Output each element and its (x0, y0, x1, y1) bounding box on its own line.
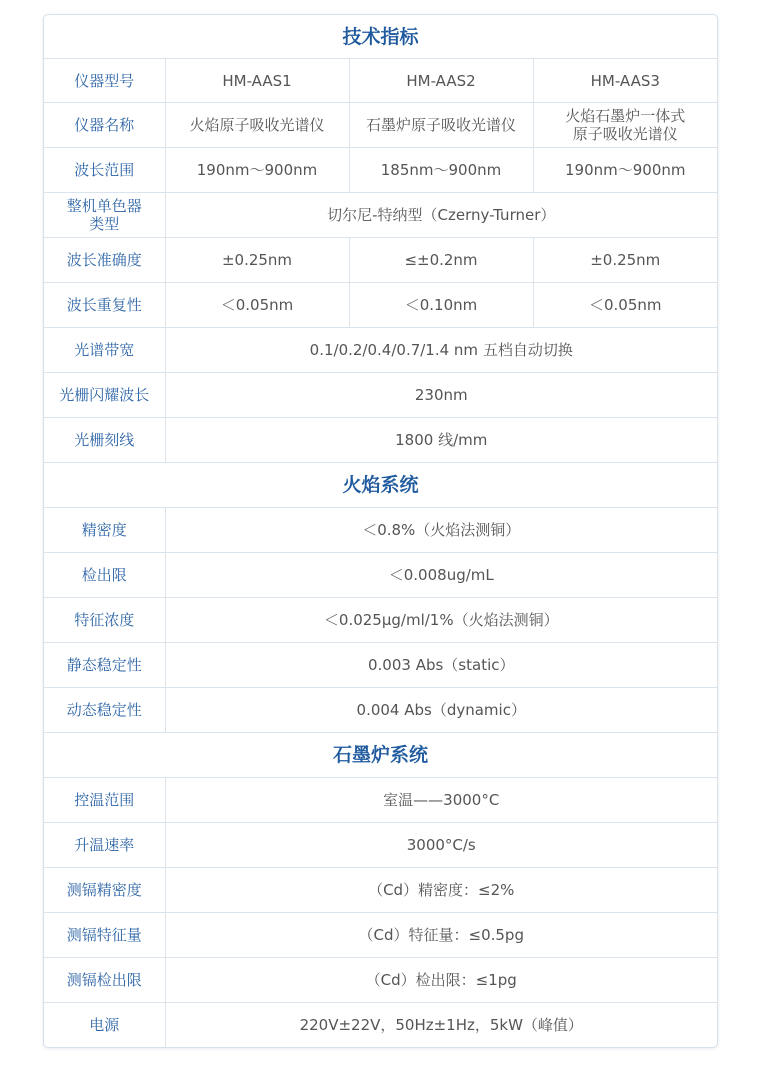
value-cell: ＜0.008ug/mL (165, 553, 717, 598)
row-label: 测镉特征量 (44, 913, 165, 958)
row-label: 控温范围 (44, 778, 165, 823)
repeat-cell: ＜0.05nm (165, 283, 349, 328)
value-cell: ＜0.025μg/ml/1%（火焰法测铜） (165, 598, 717, 643)
row-label: 特征浓度 (44, 598, 165, 643)
bandwidth-cell: 0.1/0.2/0.4/0.7/1.4 nm 五档自动切换 (165, 328, 717, 373)
row-label: 整机单色器 类型 (44, 193, 165, 238)
value-cell: （Cd）检出限：≤1pg (165, 958, 717, 1003)
name-cell: 石墨炉原子吸收光谱仪 (349, 103, 533, 148)
row-label: 光谱带宽 (44, 328, 165, 373)
row-label: 仪器型号 (44, 59, 165, 103)
row-label: 测镉检出限 (44, 958, 165, 1003)
spec-table-card: 技术指标 仪器型号 HM-AAS1 HM-AAS2 HM-AAS3 仪器名称 火… (43, 14, 718, 1048)
groove-cell: 1800 线/mm (165, 418, 717, 463)
value-cell: （Cd）特征量：≤0.5pg (165, 913, 717, 958)
repeat-cell: ＜0.05nm (533, 283, 717, 328)
section-title-graphite: 石墨炉系统 (44, 733, 717, 778)
spec-table: 技术指标 仪器型号 HM-AAS1 HM-AAS2 HM-AAS3 仪器名称 火… (44, 15, 717, 1047)
value-cell: 室温——3000°C (165, 778, 717, 823)
name-cell: 火焰原子吸收光谱仪 (165, 103, 349, 148)
model-cell: HM-AAS3 (533, 59, 717, 103)
row-label: 电源 (44, 1003, 165, 1048)
section-title-flame: 火焰系统 (44, 463, 717, 508)
range-cell: 185nm～900nm (349, 148, 533, 193)
model-cell: HM-AAS1 (165, 59, 349, 103)
row-label: 检出限 (44, 553, 165, 598)
value-cell: 0.004 Abs（dynamic） (165, 688, 717, 733)
name-cell: 火焰石墨炉一体式 原子吸收光谱仪 (533, 103, 717, 148)
range-cell: 190nm～900nm (165, 148, 349, 193)
row-label: 精密度 (44, 508, 165, 553)
row-label: 光栅闪耀波长 (44, 373, 165, 418)
accuracy-cell: ≤±0.2nm (349, 238, 533, 283)
section-title-tech: 技术指标 (44, 15, 717, 59)
accuracy-cell: ±0.25nm (533, 238, 717, 283)
row-label: 动态稳定性 (44, 688, 165, 733)
row-label: 波长准确度 (44, 238, 165, 283)
row-label: 仪器名称 (44, 103, 165, 148)
row-label: 光栅刻线 (44, 418, 165, 463)
model-cell: HM-AAS2 (349, 59, 533, 103)
value-cell: 220V±22V，50Hz±1Hz，5kW（峰值） (165, 1003, 717, 1048)
repeat-cell: ＜0.10nm (349, 283, 533, 328)
row-label: 波长范围 (44, 148, 165, 193)
range-cell: 190nm～900nm (533, 148, 717, 193)
row-label: 波长重复性 (44, 283, 165, 328)
value-cell: 3000°C/s (165, 823, 717, 868)
mono-cell: 切尔尼-特纳型（Czerny-Turner） (165, 193, 717, 238)
value-cell: ＜0.8%（火焰法测铜） (165, 508, 717, 553)
value-cell: 0.003 Abs（static） (165, 643, 717, 688)
accuracy-cell: ±0.25nm (165, 238, 349, 283)
value-cell: （Cd）精密度：≤2% (165, 868, 717, 913)
row-label: 测镉精密度 (44, 868, 165, 913)
row-label: 静态稳定性 (44, 643, 165, 688)
blaze-cell: 230nm (165, 373, 717, 418)
row-label: 升温速率 (44, 823, 165, 868)
